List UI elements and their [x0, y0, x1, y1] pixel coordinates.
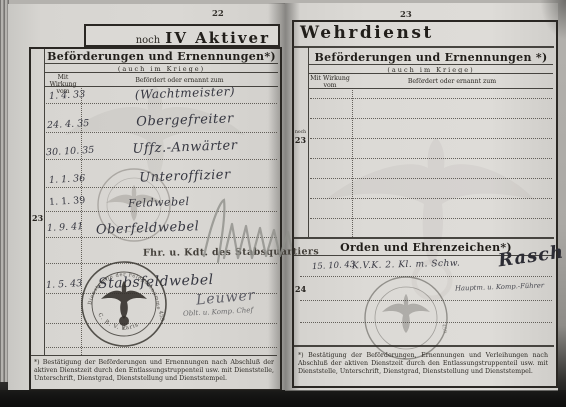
- right-header-title: Wehrdienst: [300, 23, 434, 43]
- row-line: [310, 138, 552, 139]
- right-margin-note-number: 23: [294, 135, 307, 145]
- right-table-title: Beförderungen und Ernennungen *): [310, 51, 552, 64]
- entry-date: 1. 1. 39: [49, 195, 86, 208]
- scan-shadow: [0, 390, 566, 407]
- right-header-box: Wehrdienst: [294, 21, 552, 45]
- col-date-l1: Mit Wirkung: [310, 75, 350, 82]
- left-header-title: IV Aktiver: [165, 29, 270, 47]
- stamp-ring-text: Dienststelle der Feldpostnummer: [78, 255, 162, 310]
- orders-stamp-number: 459: [440, 323, 448, 333]
- rule: [292, 345, 554, 347]
- left-page-number: 22: [212, 9, 224, 19]
- rule: [292, 46, 554, 48]
- faint-unit-stamp: [96, 167, 172, 243]
- row-line: [310, 198, 552, 199]
- stamp-number: 459: [157, 310, 165, 322]
- row-line: [310, 118, 552, 119]
- left-table-title: Beförderungen und Ernennungen*): [46, 50, 277, 63]
- entry-date: 1. 5. 43: [46, 278, 83, 291]
- right-footnote: *) Bestätigung der Beförderungen, Ernenn…: [298, 352, 548, 376]
- rule: [292, 237, 554, 239]
- entry-date: 1. 4. 33: [49, 89, 86, 102]
- right-col-rank: Befördert oder ernannt zum: [352, 78, 552, 85]
- row-line: [46, 159, 277, 160]
- right-margin-note: noch 23: [294, 130, 307, 145]
- official-stamp-paris: Dienststelle der Feldpostnummer 459 K C.…: [79, 259, 169, 349]
- entry-date: 24. 4. 35: [47, 118, 90, 131]
- corner-shade: [540, 0, 566, 40]
- orders-faint-stamp: 459: [362, 274, 450, 362]
- entry-date: 1. 1. 36: [49, 173, 86, 186]
- rule: [30, 355, 277, 356]
- row-line: [310, 98, 552, 99]
- rule: [309, 88, 553, 89]
- svg-text:Dienststelle der Feldpostnumme: Dienststelle der Feldpostnummer: [78, 255, 162, 310]
- rule: [45, 72, 278, 73]
- entry-date: 1. 9. 41: [47, 221, 84, 234]
- row-line: [46, 132, 277, 133]
- pencil-scrawl-signature: [190, 190, 300, 275]
- left-margin-note: 23: [32, 213, 43, 223]
- row-line: [46, 103, 277, 104]
- right-date-column-divider: [352, 88, 353, 237]
- row-line: [310, 178, 552, 179]
- orders-margin-note: 24: [295, 284, 306, 294]
- right-page-number: 23: [400, 10, 412, 20]
- left-header-box: noch IV Aktiver: [84, 24, 280, 47]
- left-footnote: *) Bestätigung der Beförderungen und Ern…: [34, 359, 274, 383]
- rule: [309, 73, 553, 74]
- left-header-prefix: noch: [136, 35, 161, 46]
- row-line: [310, 218, 552, 219]
- wehrpass-scan: 22 noch IV Aktiver 23 Beförderungen und …: [0, 0, 566, 407]
- row-line: [310, 158, 552, 159]
